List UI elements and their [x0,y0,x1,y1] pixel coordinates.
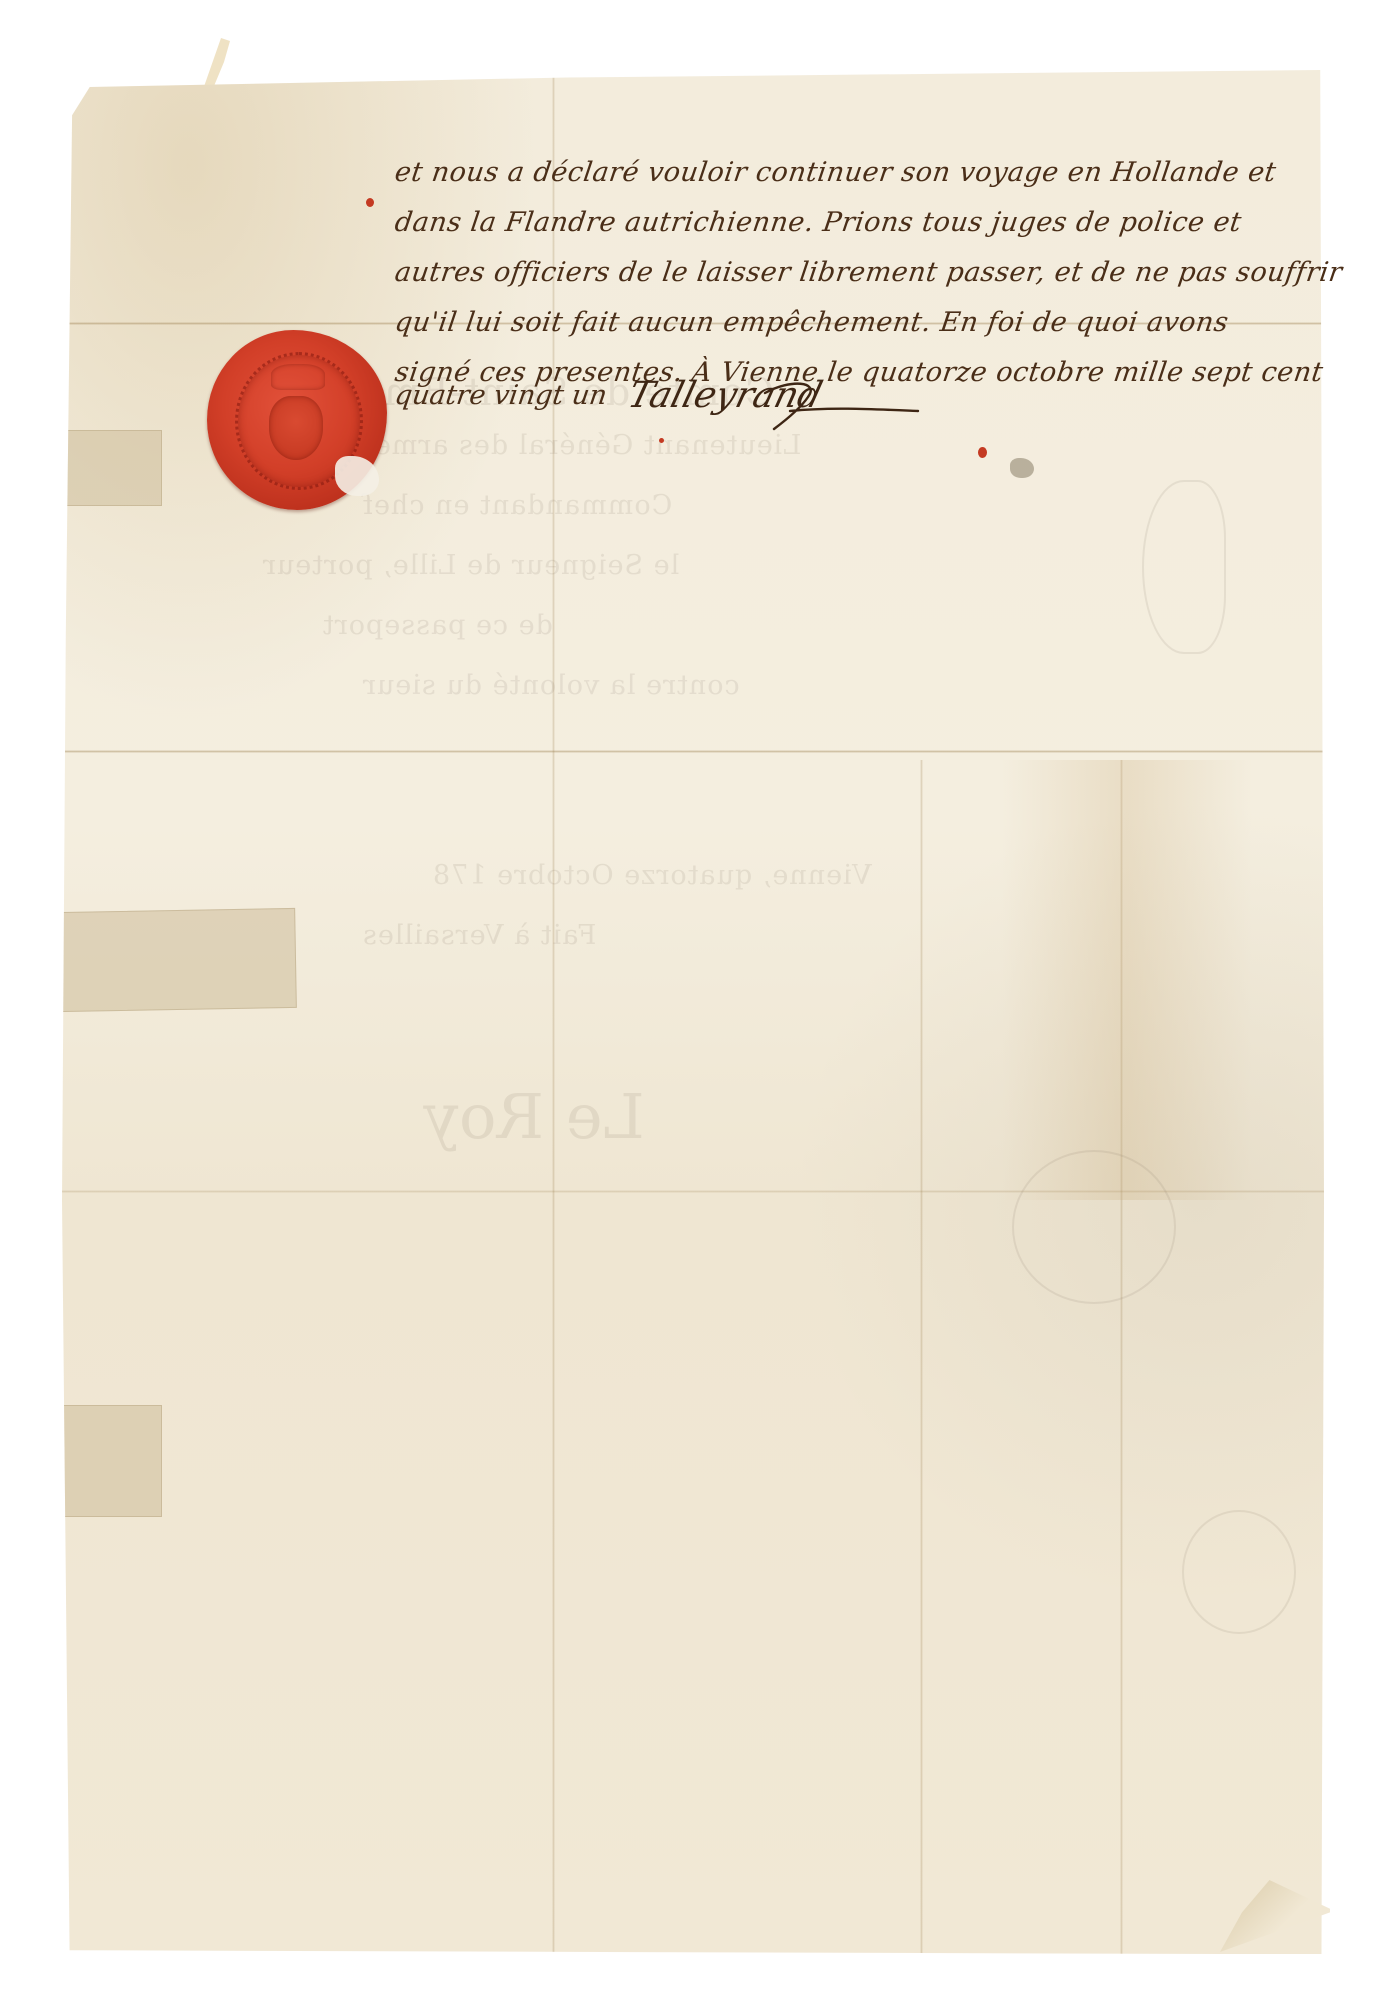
paper-damage [1010,458,1034,478]
show-through-text: Commandant en chef [362,490,672,521]
seal-shield-icon [269,396,323,460]
fold-line [920,760,923,1954]
show-through-text: Lieutenant Général des armées [342,430,801,461]
manuscript-line: et nous a déclaré vouloir continuer son … [391,148,1258,198]
show-through-text: Le Roy [422,1080,645,1153]
show-through-text: Vienne, quatorze Octobre 178 [432,860,872,891]
closing-line: quatre vingt un Talleyrand [395,370,821,420]
manuscript-line: qu'il lui soit fait aucun empêchement. E… [391,298,1258,348]
wax-spot [366,198,374,207]
show-through-text: le Seigneur de Lille, porteur [262,550,679,581]
manuscript-text: et nous a déclaré vouloir continuer son … [395,148,1255,398]
wax-spot [978,447,987,458]
show-through-text: de ce passeport [322,610,553,641]
show-through-flourish [1142,480,1226,654]
show-through-stamp [1012,1150,1176,1304]
signature-flourish-icon [760,375,920,435]
fold-line [62,750,1324,753]
wax-spot [659,438,664,443]
repair-tape [57,908,297,1012]
stain [1002,760,1252,1200]
manuscript-line: autres officiers de le laisser librement… [391,248,1258,298]
wax-seal-icon [207,330,387,510]
seal-crown-icon [271,364,325,390]
show-through-flourish [1182,1510,1296,1634]
show-through-text: contre la volonté du sieur [362,670,740,701]
show-through-text: Fait à Versailles [362,920,596,951]
manuscript-line: dans la Flandre autrichienne. Prions tou… [391,198,1258,248]
document-scan: Comte de Saint-Empire Lieutenant Général… [0,0,1385,2000]
seal-chip [335,456,379,496]
repair-tape [60,1405,162,1517]
repair-tape [60,430,162,506]
date-ending: quatre vingt un [393,380,609,411]
